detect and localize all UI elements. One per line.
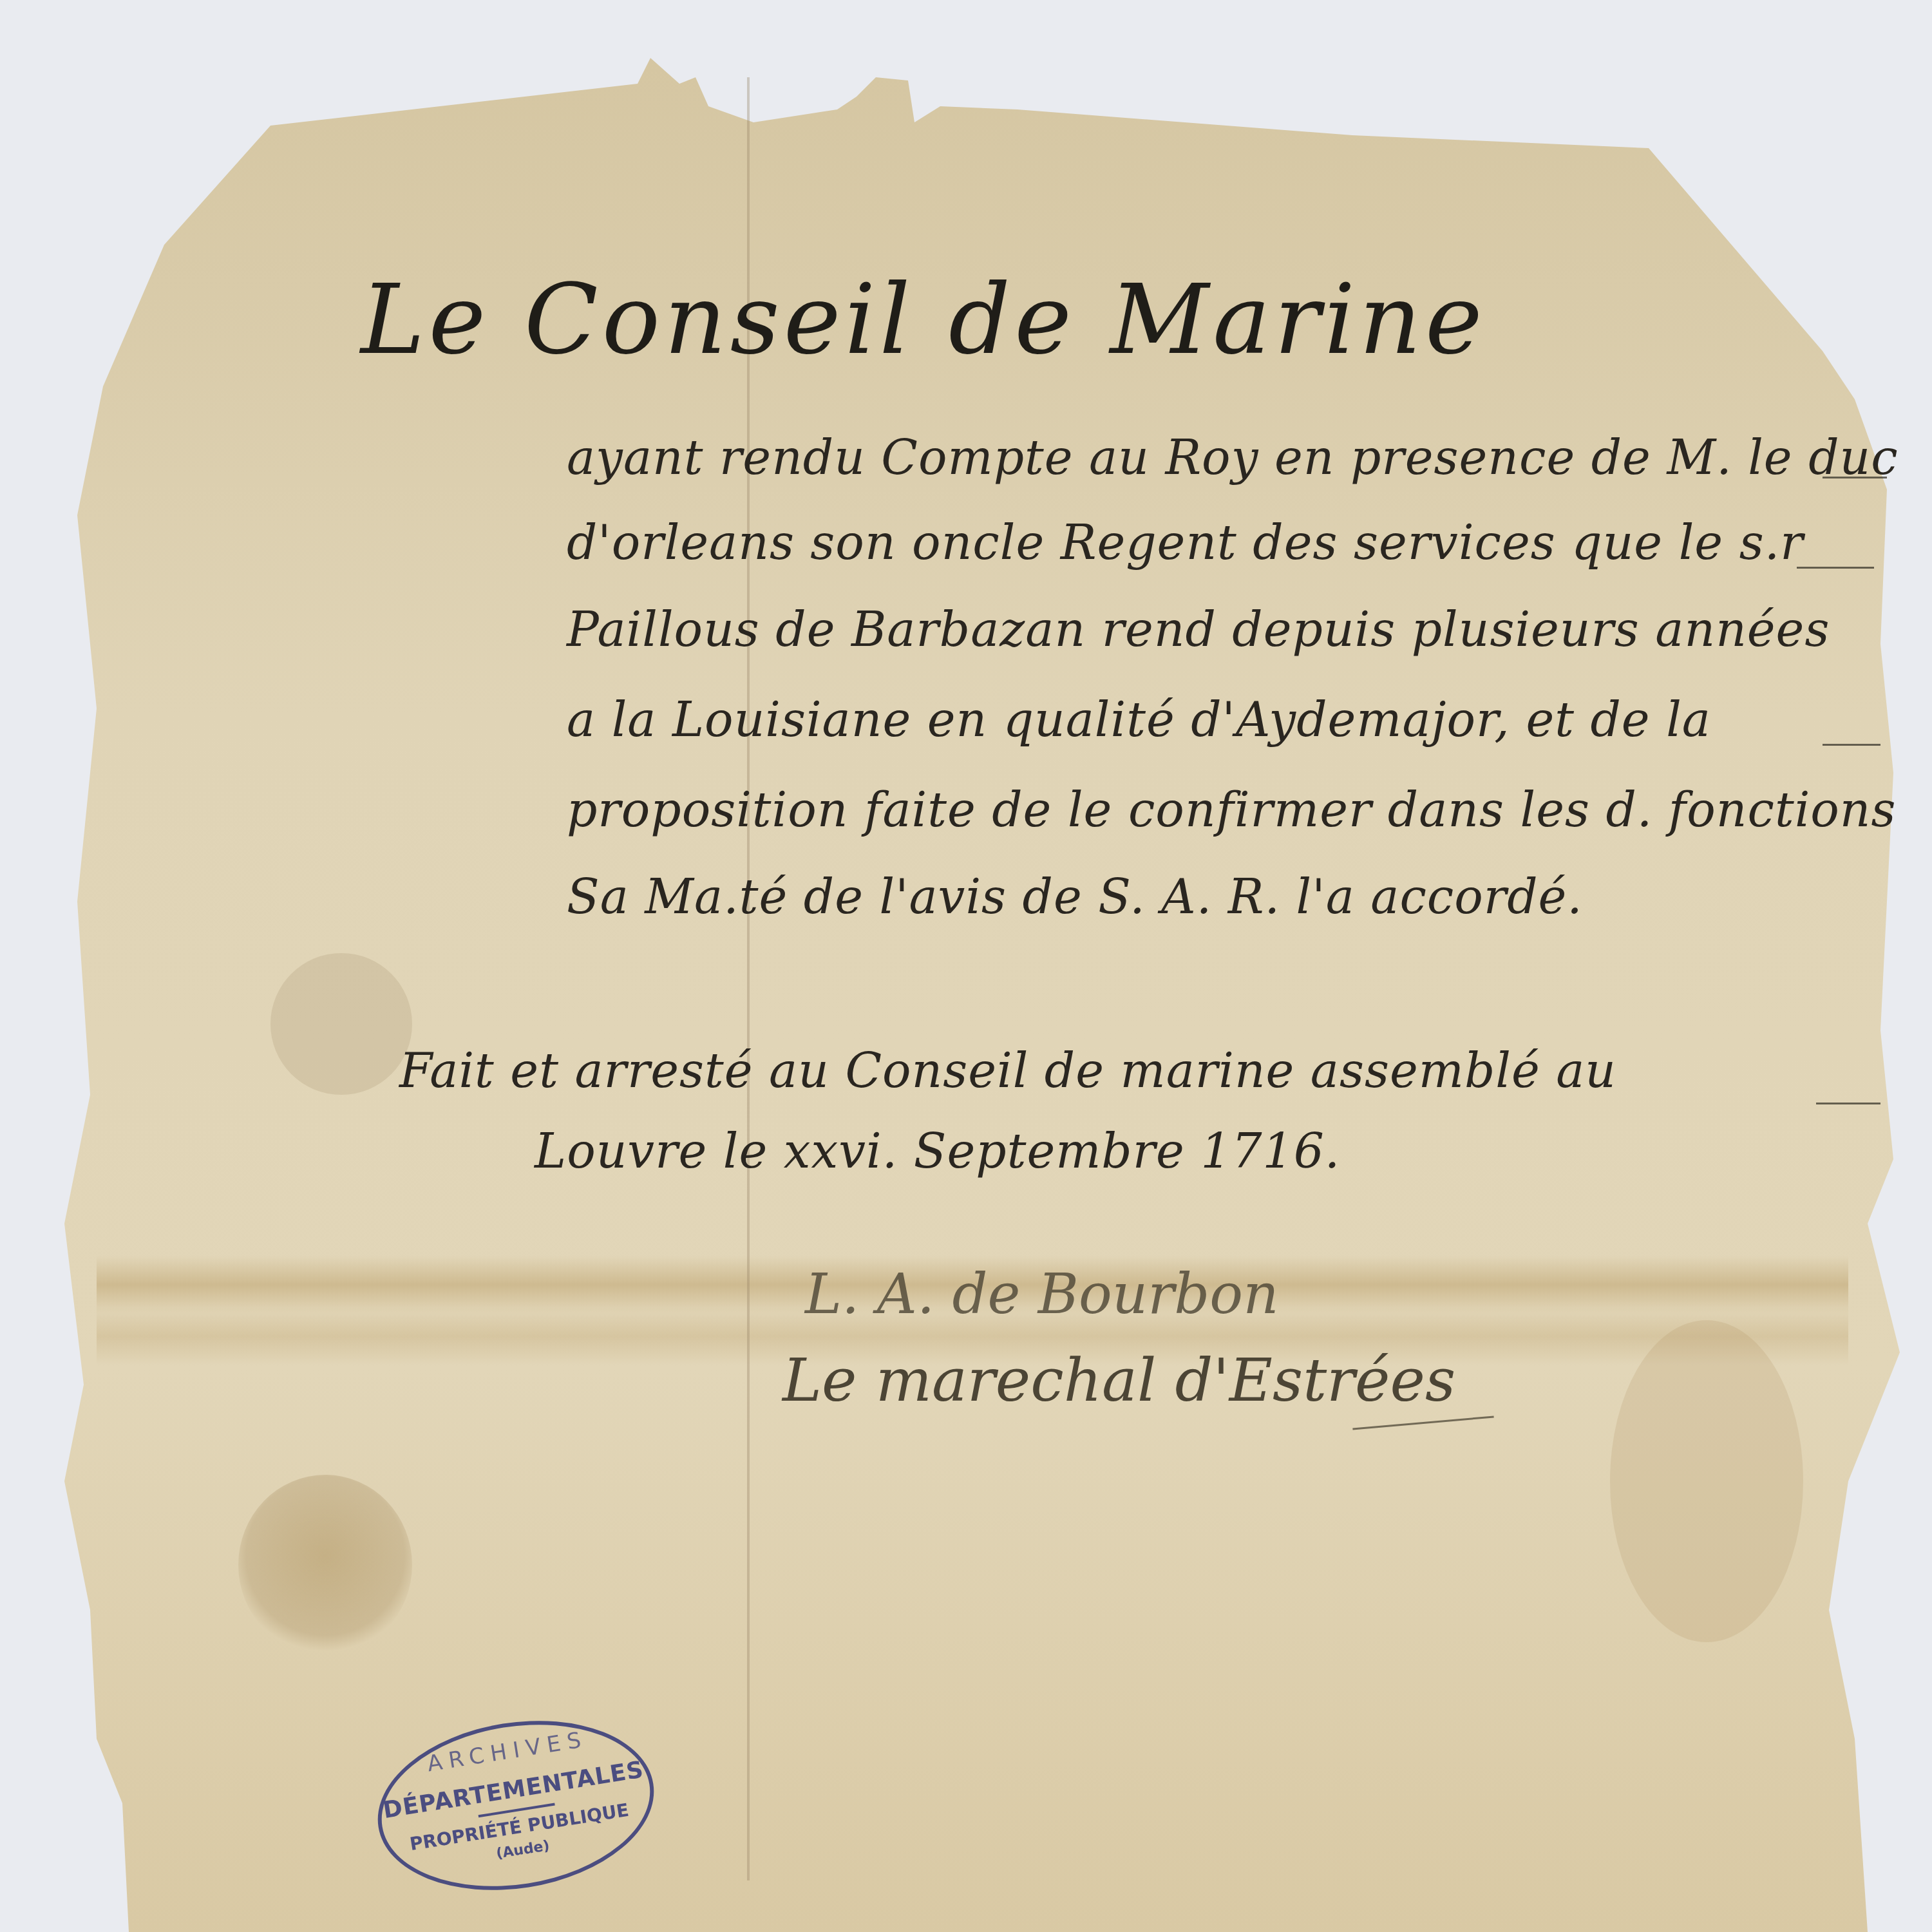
- body-line: d'orleans son oncle Regent des services …: [567, 515, 1804, 571]
- body-line: Sa Ma.té de l'avis de S. A. R. l'a accor…: [567, 869, 1583, 925]
- body-line: Paillous de Barbazan rend depuis plusieu…: [567, 602, 1830, 658]
- margin-rule: [1797, 567, 1874, 569]
- stain: [1610, 1320, 1803, 1642]
- body-line: a la Louisiane en qualité d'Aydemajor, e…: [567, 692, 1711, 748]
- closing-line: Fait et arresté au Conseil de marine ass…: [399, 1043, 1616, 1099]
- margin-rule: [1816, 1103, 1880, 1104]
- document-heading: Le Conseil de Marine: [361, 264, 1486, 376]
- body-line: proposition faite de le confirmer dans l…: [567, 782, 1897, 838]
- closing-line: Louvre le xxvi. Septembre 1716.: [535, 1124, 1340, 1179]
- document-page: Le Conseil de Marine ayant rendu Compte …: [0, 0, 1932, 1932]
- stain: [270, 953, 412, 1095]
- body-line: ayant rendu Compte au Roy en presence de…: [567, 430, 1899, 486]
- wax-seal-mark: [238, 1475, 412, 1655]
- signature-destrees: Le marechal d'Estrées: [782, 1346, 1455, 1415]
- margin-rule: [1823, 744, 1880, 746]
- signature-bourbon: L. A. de Bourbon: [805, 1262, 1279, 1327]
- margin-rule: [1823, 477, 1887, 478]
